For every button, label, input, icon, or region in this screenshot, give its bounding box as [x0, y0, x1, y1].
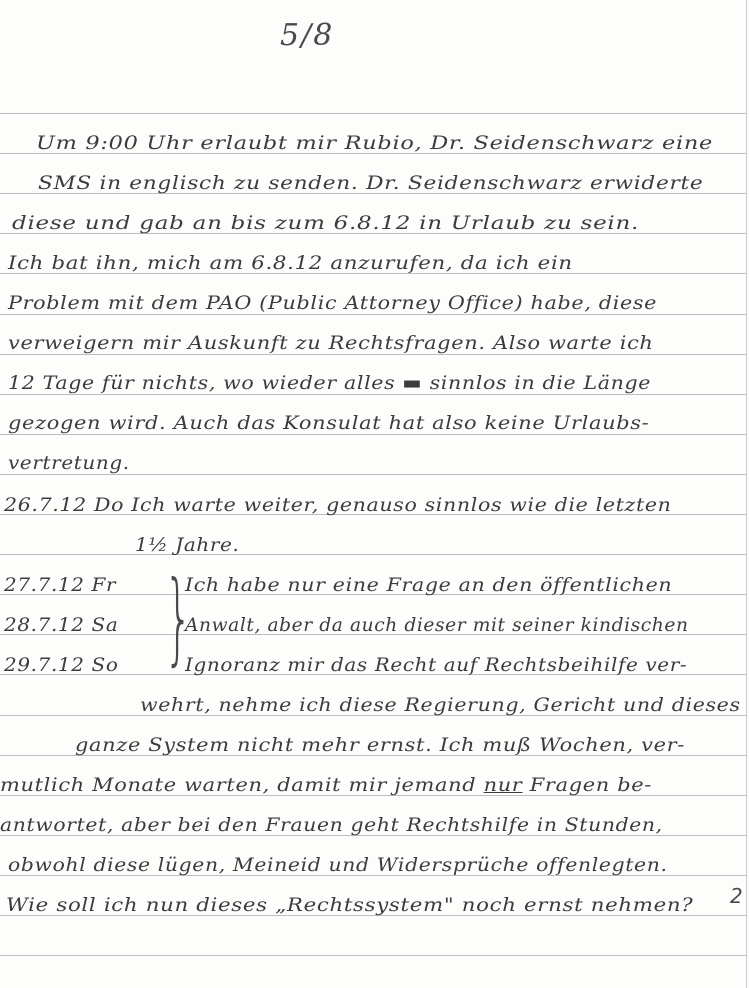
text-line-5: Problem mit dem PAO (Public Attorney Off… — [8, 292, 657, 314]
text-line-15: wehrt, nehme ich diese Regierung, Gerich… — [140, 694, 741, 716]
text-line-14: Ignoranz mir das Recht auf Rechtsbeihilf… — [185, 654, 687, 676]
text-line-9: vertretung. — [8, 452, 130, 474]
ruled-line — [0, 474, 746, 475]
page-edge — [746, 0, 747, 988]
text-line-3: diese und gab an bis zum 6.8.12 in Urlau… — [12, 212, 639, 234]
date-27-7: 27.7.12 Fr — [4, 574, 116, 596]
text-line-16: ganze System nicht mehr ernst. Ich muß W… — [75, 734, 685, 756]
text-line-6: verweigern mir Auskunft zu Rechtsfragen.… — [8, 332, 654, 354]
date-29-7: 29.7.12 So — [4, 654, 118, 676]
text-line-12: Ich habe nur eine Frage an den öffentlic… — [185, 574, 672, 596]
page-number: 5/8 — [280, 18, 334, 53]
text-line-19: obwohl diese lügen, Meineid und Widerspr… — [8, 854, 668, 876]
text-line-7: 12 Tage für nichts, wo wieder alles ▬ si… — [8, 372, 651, 394]
text-line-13: Anwalt, aber da auch dieser mit seiner k… — [185, 614, 689, 636]
ruled-line — [0, 955, 746, 956]
text-line-4: Ich bat ihn, mich am 6.8.12 anzurufen, d… — [8, 252, 573, 274]
ruled-line — [0, 554, 746, 555]
ruled-line — [0, 354, 746, 355]
text-line-20: Wie soll ich nun dieses „Rechtssystem" n… — [6, 894, 693, 916]
diary-entry-26-7: 26.7.12 Do Ich warte weiter, genauso sin… — [4, 494, 672, 516]
text-line-8: gezogen wird. Auch das Konsulat hat also… — [8, 412, 649, 434]
text-line-1: Um 9:00 Uhr erlaubt mir Rubio, Dr. Seide… — [36, 132, 713, 154]
handwritten-page: 5/8 Um 9:00 Uhr erlaubt mir Rubio, Dr. S… — [0, 0, 750, 988]
text-line-18: antwortet, aber bei den Frauen geht Rech… — [0, 814, 663, 836]
text-line-11: 1½ Jahre. — [135, 534, 239, 556]
ruled-line — [0, 434, 746, 435]
text-line-17-end: Fragen be- — [522, 774, 652, 796]
underlined-word: nur — [484, 774, 523, 796]
ruled-line — [0, 314, 746, 315]
text-line-2: SMS in englisch zu senden. Dr. Seidensch… — [38, 172, 703, 194]
ruled-line — [0, 113, 746, 114]
text-line-17-start: mutlich Monate warten, damit mir jemand — [0, 774, 484, 796]
text-line-17: mutlich Monate warten, damit mir jemand … — [0, 774, 652, 796]
date-28-7: 28.7.12 Sa — [4, 614, 118, 636]
footnote-mark: 2 — [730, 884, 743, 908]
ruled-line — [0, 394, 746, 395]
